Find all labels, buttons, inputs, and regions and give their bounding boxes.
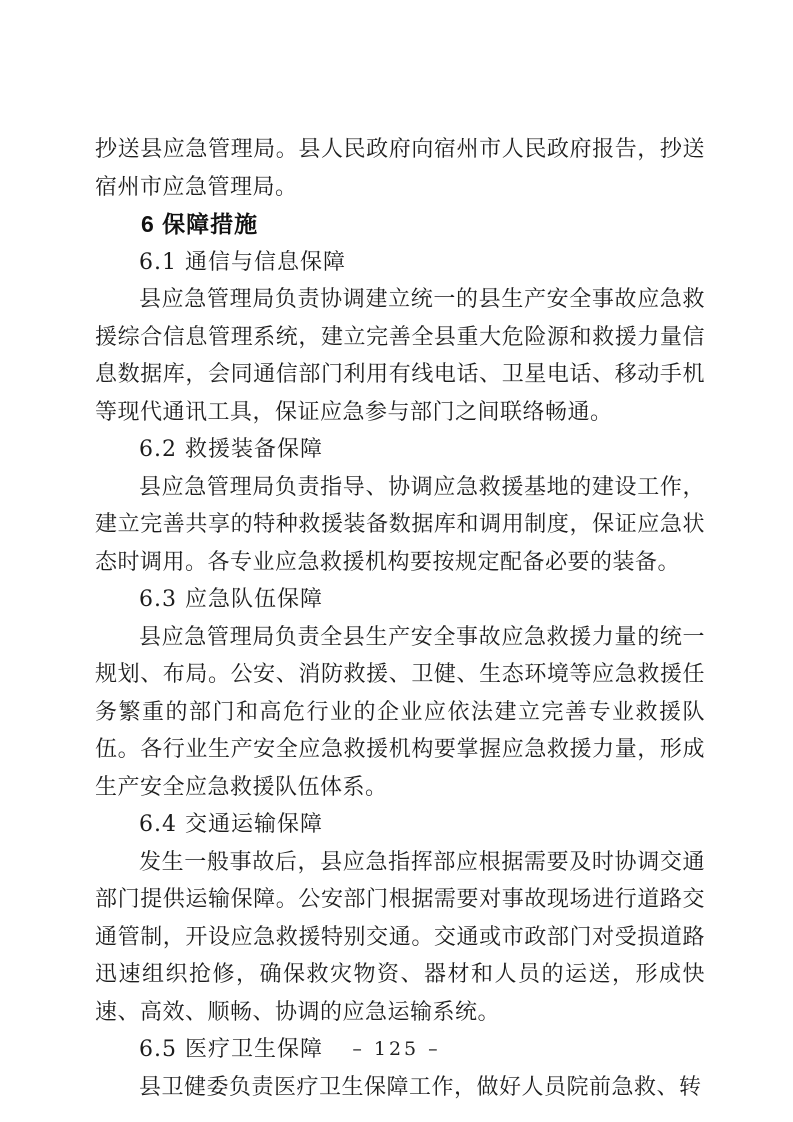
section-body-6-4: 发生一般事故后，县应急指挥部应根据需要及时协调交通部门提供运输保障。公安部门根据… xyxy=(95,844,705,1032)
section-body-6-3: 县应急管理局负责全县生产安全事故应急救援力量的统一规划、布局。公安、消防救援、卫… xyxy=(95,619,705,807)
section-body-6-5: 县卫健委负责医疗卫生保障工作，做好人员院前急救、转 xyxy=(95,1069,705,1107)
document-page: 抄送县应急管理局。县人民政府向宿州市人民政府报告，抄送宿州市应急管理局。 6 保… xyxy=(0,0,793,1122)
section-heading-6-1: 6.1 通信与信息保障 xyxy=(95,244,705,282)
section-heading-6-2: 6.2 救援装备保障 xyxy=(95,431,705,469)
section-heading-6-4: 6.4 交通运输保障 xyxy=(95,806,705,844)
paragraph-continuation: 抄送县应急管理局。县人民政府向宿州市人民政府报告，抄送宿州市应急管理局。 xyxy=(95,131,705,206)
page-number: – 125 – xyxy=(0,1031,793,1069)
chapter-heading-6: 6 保障措施 xyxy=(95,206,705,244)
section-heading-6-3: 6.3 应急队伍保障 xyxy=(95,581,705,619)
section-body-6-2: 县应急管理局负责指导、协调应急救援基地的建设工作，建立完善共享的特种救援装备数据… xyxy=(95,469,705,582)
section-body-6-1: 县应急管理局负责协调建立统一的县生产安全事故应急救援综合信息管理系统，建立完善全… xyxy=(95,281,705,431)
